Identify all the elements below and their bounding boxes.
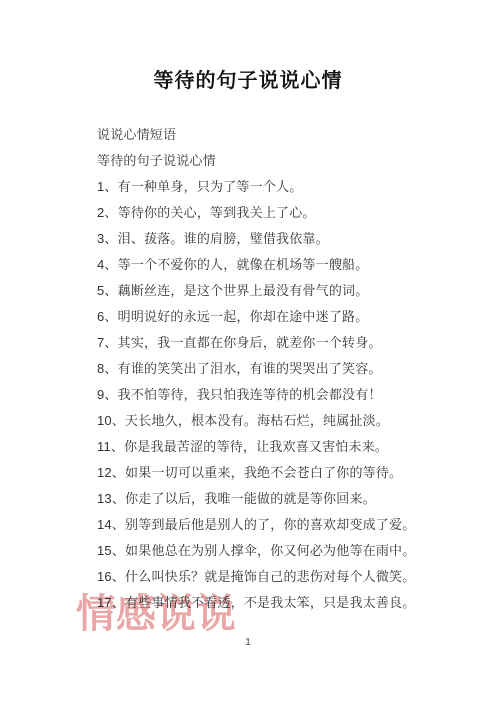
list-item: 3、泪、菝落。谁的肩膀，璧借我依靠。 (97, 226, 480, 252)
list-item: 1、有一种单身，只为了等一个人。 (97, 174, 480, 200)
list-item: 11、你是我最苦涩的等待，让我欢喜又害怕未来。 (97, 434, 480, 460)
list-item: 7、其实，我一直都在你身后，就差你一个转身。 (97, 330, 480, 356)
list-item: 13、你走了以后，我唯一能做的就是等你回来。 (97, 486, 480, 512)
list-item: 17、有些事情我不看透，不是我太笨，只是我太善良。 (97, 590, 480, 616)
list-item: 6、明明说好的永远一起，你却在途中迷了路。 (97, 304, 480, 330)
list-item: 12、如果一切可以重来，我绝不会苍白了你的等待。 (97, 460, 480, 486)
list-item: 15、如果他总在为别人撑伞，你又何必为他等在雨中。 (97, 538, 480, 564)
list-item: 9、我不怕等待，我只怕我连等待的机会都没有！ (97, 382, 480, 408)
document-title: 等待的句子说说心情 (0, 64, 496, 93)
list-item: 16、什么叫快乐？就是掩饰自己的悲伤对每个人微笑。 (97, 564, 480, 590)
document-page: 等待的句子说说心情 情感说说 说说心情短语 等待的句子说说心情 1、有一种单身，… (0, 0, 496, 702)
page-number: 1 (0, 637, 496, 648)
list-item: 5、藕断丝连，是这个世界上最没有骨气的词。 (97, 278, 480, 304)
list-item: 10、天长地久，根本没有。海枯石烂，纯属扯淡。 (97, 408, 480, 434)
list-item: 2、等待你的关心，等到我关上了心。 (97, 200, 480, 226)
list-item: 14、别等到最后他是别人的了，你的喜欢却变成了爱。 (97, 512, 480, 538)
document-body: 说说心情短语 等待的句子说说心情 1、有一种单身，只为了等一个人。 2、等待你的… (97, 122, 480, 616)
header-line: 等待的句子说说心情 (97, 148, 480, 174)
list-item: 4、等一个不爱你的人，就像在机场等一艘船。 (97, 252, 480, 278)
header-line: 说说心情短语 (97, 122, 480, 148)
list-item: 8、有谁的笑笑出了泪水，有谁的哭哭出了笑容。 (97, 356, 480, 382)
